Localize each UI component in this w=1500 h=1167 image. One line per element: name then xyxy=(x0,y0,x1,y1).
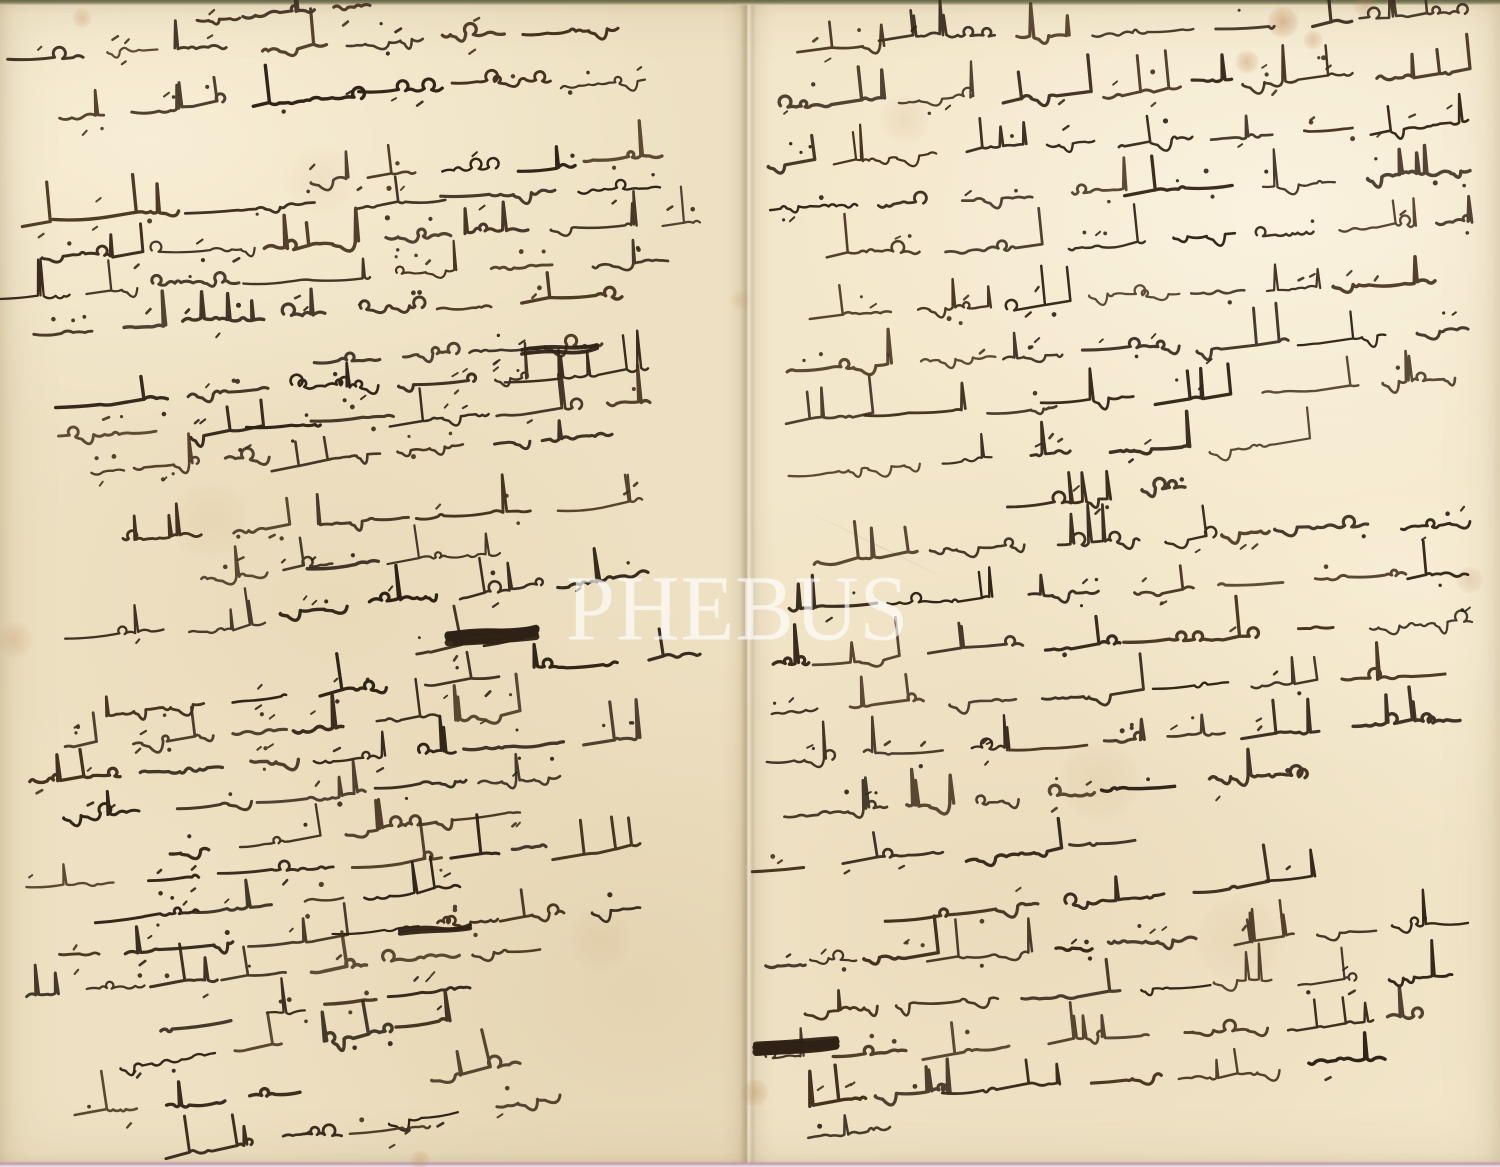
manuscript-scan: PHEBUS xyxy=(0,0,1500,1167)
page-right-ink xyxy=(751,0,1473,1139)
page-left-ink xyxy=(0,0,700,1159)
handwriting-ink xyxy=(0,0,1500,1167)
